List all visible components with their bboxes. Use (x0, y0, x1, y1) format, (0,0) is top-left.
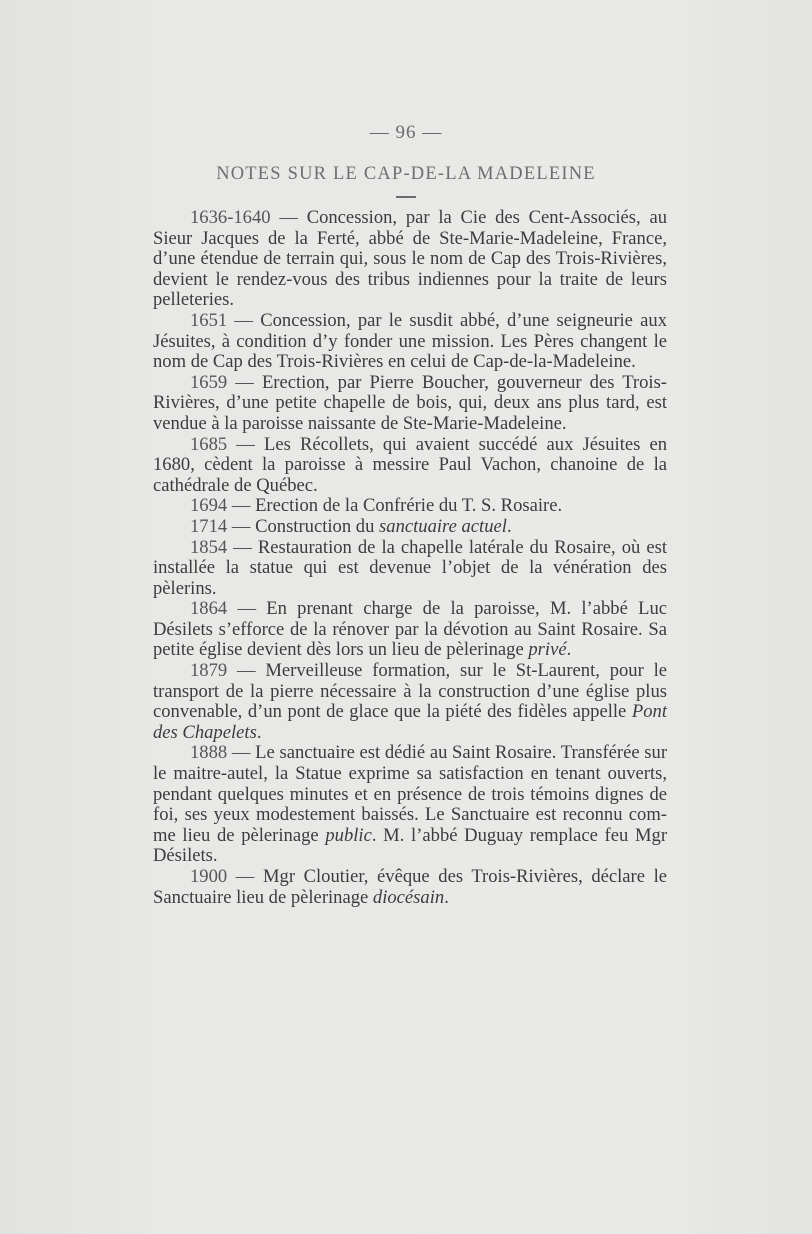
entry-year: 1888 (190, 742, 227, 763)
entry-dash: — (227, 742, 255, 763)
chronology-list: 1636-1640 — Concession, par la Cie des C… (153, 208, 667, 908)
page-number: — 96 — (0, 122, 812, 144)
chronology-entry-1879: 1879 — Merveilleuse formation, sur le St… (153, 661, 667, 743)
entry-italic-text: sanctuaire actuel (379, 516, 507, 537)
chronology-entry-1636: 1636-1640 — Concession, par la Cie des C… (153, 208, 667, 311)
entry-italic-text: public (325, 825, 371, 846)
entry-year: 1651 (190, 310, 227, 331)
chronology-entry-1900: 1900 — Mgr Cloutier, évêque des Trois-Ri… (153, 867, 667, 908)
entry-dash: — (227, 310, 260, 331)
entry-text-after: . (257, 722, 262, 743)
entry-text-after: . (444, 887, 449, 908)
chronology-entry-1888: 1888 — Le sanctuaire est dédié au Saint … (153, 743, 667, 867)
entry-year: 1659 (190, 372, 227, 393)
entry-dash: — (227, 372, 262, 393)
chronology-entry-1659: 1659 — Erection, par Pierre Boucher, gou… (153, 373, 667, 435)
entry-year: 1864 (190, 598, 227, 619)
entry-year: 1900 (190, 866, 227, 887)
entry-text: Erection de la Confrérie du T. S. Rosair… (255, 495, 562, 516)
title-separator-rule (396, 196, 416, 198)
chronology-entry-1694: 1694 — Erection de la Confrérie du T. S.… (153, 496, 667, 517)
entry-text-after: . (507, 516, 512, 537)
entry-year: 1636-1640 (190, 207, 271, 228)
entry-year: 1854 (190, 537, 227, 558)
entry-text-after: . (567, 639, 572, 660)
book-page: — 96 — NOTES SUR LE CAP-DE-LA MADELEINE … (0, 0, 812, 1234)
entry-dash: — (227, 495, 255, 516)
entry-year: 1685 (190, 434, 227, 455)
chronology-entry-1651: 1651 — Concession, par le susdit abbé, d… (153, 311, 667, 373)
entry-dash: — (271, 207, 307, 228)
entry-year: 1694 (190, 495, 227, 516)
page-title: NOTES SUR LE CAP-DE-LA MADELEINE (0, 164, 812, 185)
entry-italic-text: privé (528, 639, 566, 660)
entry-dash: — (227, 537, 258, 558)
entry-year: 1714 (190, 516, 227, 537)
entry-dash: — (227, 516, 255, 537)
chronology-entry-1714: 1714 — Construction du sanctuaire actuel… (153, 517, 667, 538)
chronology-entry-1685: 1685 — Les Récollets, qui avaient succéd… (153, 435, 667, 497)
chronology-entry-1864: 1864 — En prenant charge de la paroisse,… (153, 599, 667, 661)
entry-italic-text: diocésain (373, 887, 444, 908)
entry-dash: — (227, 434, 264, 455)
chronology-entry-1854: 1854 — Restauration de la chapelle latér… (153, 538, 667, 600)
entry-year: 1879 (190, 660, 227, 681)
entry-dash: — (227, 598, 266, 619)
entry-text: Construction du (255, 516, 379, 537)
entry-dash: — (227, 866, 263, 887)
entry-dash: — (227, 660, 265, 681)
